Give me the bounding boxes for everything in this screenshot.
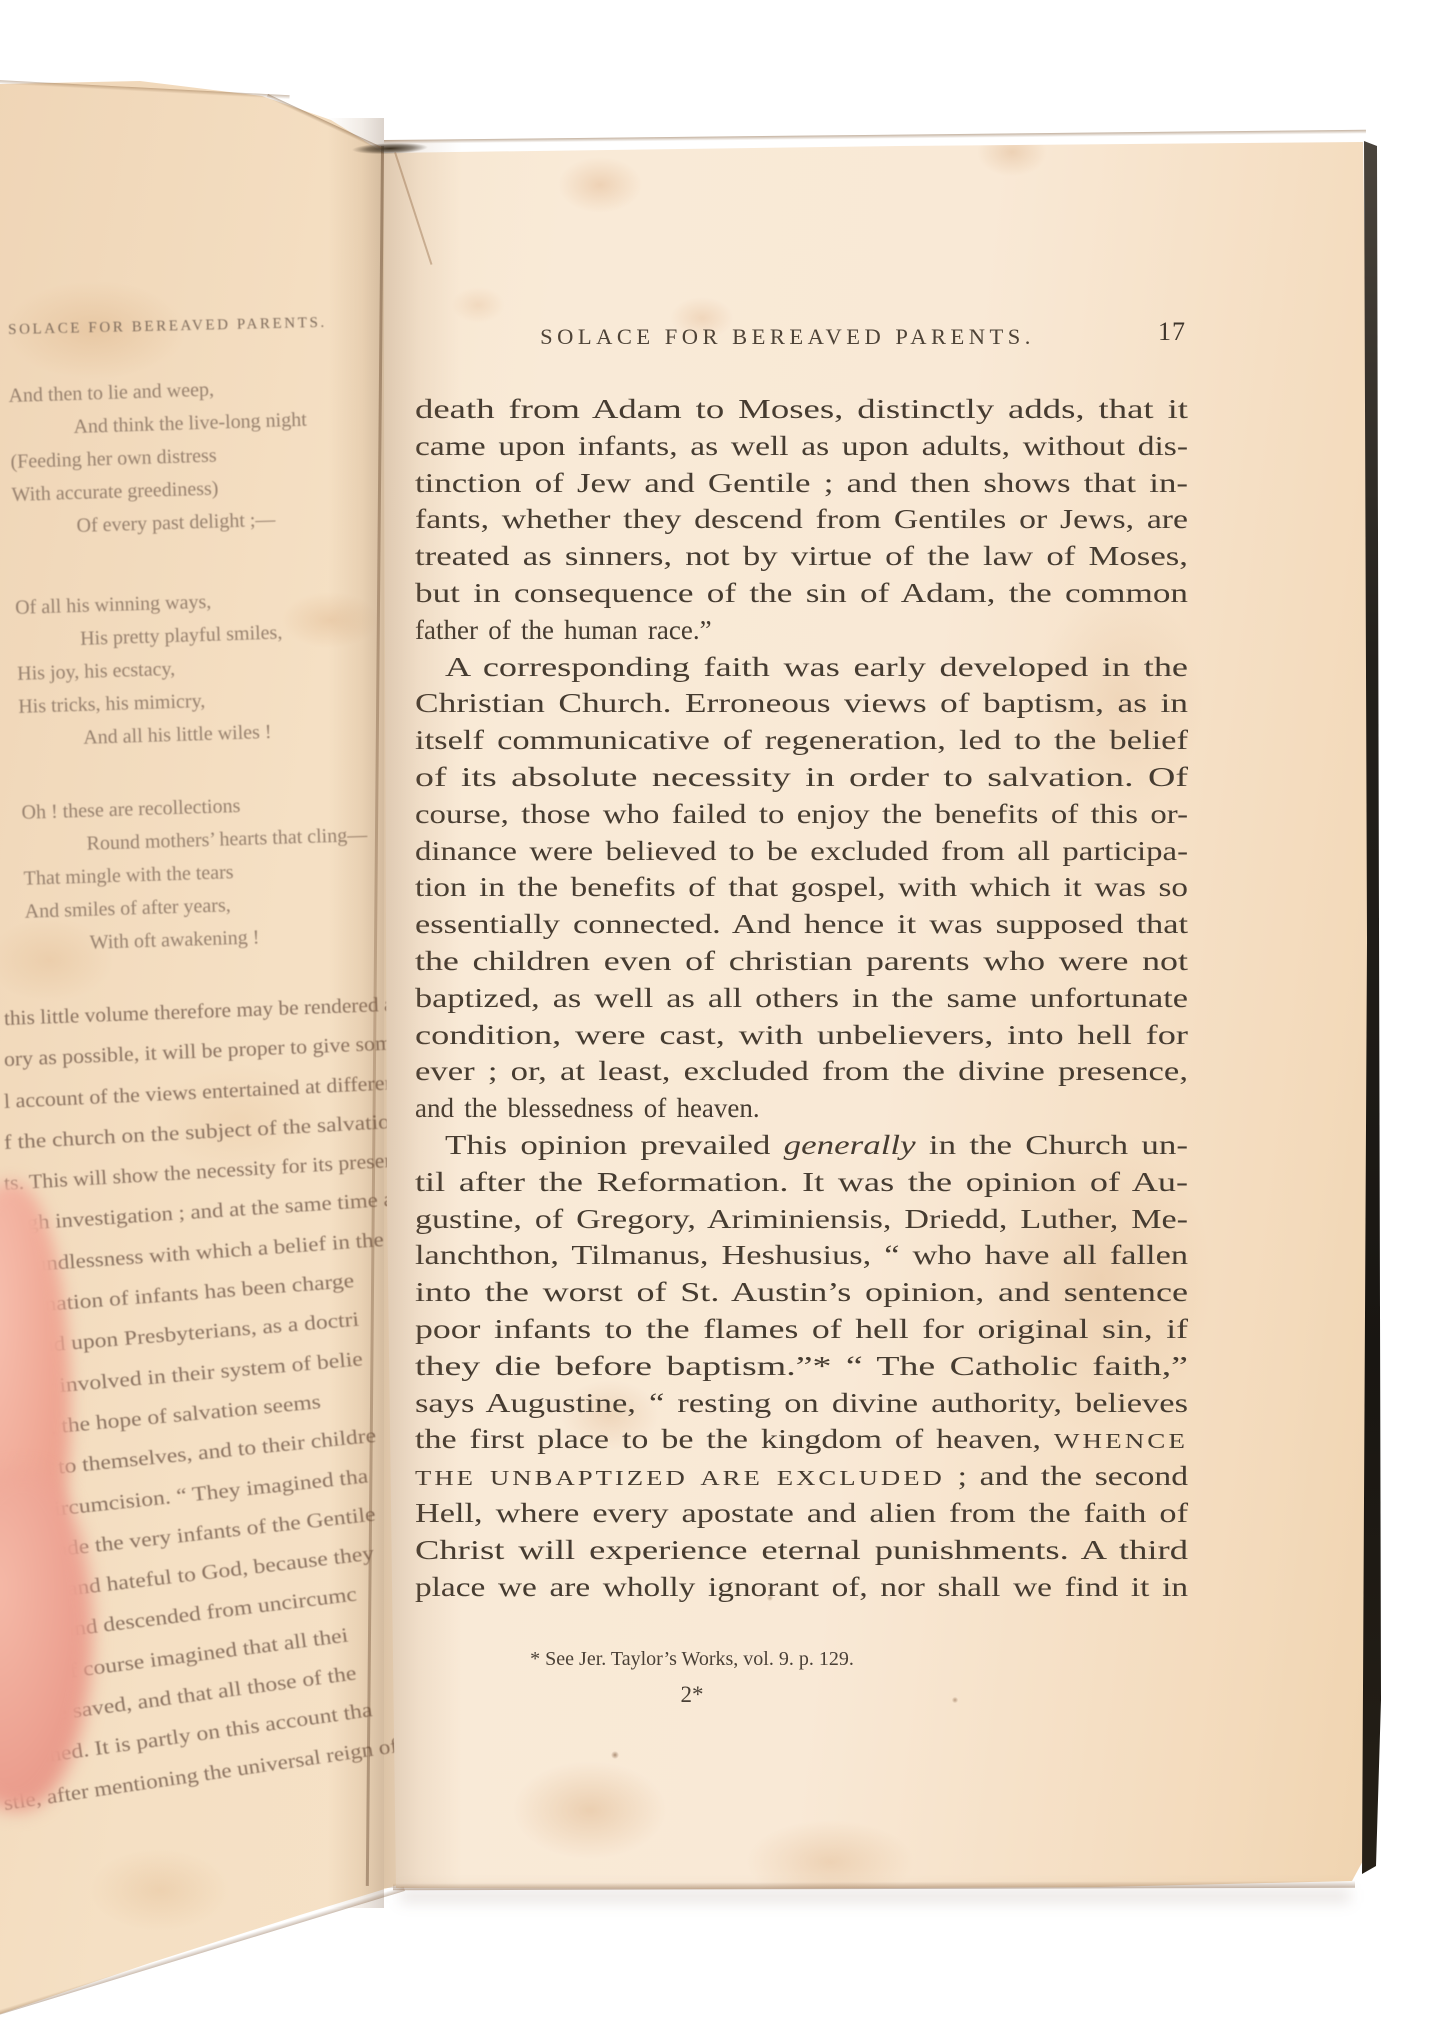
body-line: lanchthon, Tilmanus, Heshusius, “ who ha… <box>415 1237 1188 1274</box>
poem-stanza: Of all his winning ways, His pretty play… <box>15 581 365 757</box>
body-line: gustine, of Gregory, Ariminiensis, Dried… <box>415 1201 1188 1238</box>
body-line: fants, whether they descend from Gentile… <box>415 501 1188 538</box>
body-line: essentially connected. And hence it was … <box>415 906 1188 943</box>
body-line: poor infants to the flames of hell for o… <box>415 1311 1188 1348</box>
body-line: came upon infants, as well as upon adult… <box>415 428 1188 465</box>
body-line: they die before baptism.”* “ The Catholi… <box>415 1348 1188 1385</box>
body-line: into the worst of St. Austin’s opinion, … <box>415 1274 1188 1311</box>
body-line: Hell, where every apostate and alien fro… <box>415 1495 1188 1532</box>
body-line: baptized, as well as all others in the s… <box>415 980 1188 1017</box>
poem: And then to lie and weep, And think the … <box>8 369 371 962</box>
body-line: father of the human race.” <box>415 612 1188 649</box>
book-photo: SOLACE FOR BEREAVED PARENTS. And then to… <box>0 0 1445 2023</box>
left-running-header: SOLACE FOR BEREAVED PARENTS. <box>8 315 327 339</box>
footnote: * See Jer. Taylor’s Works, vol. 9. p. 12… <box>527 1648 857 1671</box>
body-line: place we are wholly ignorant of, nor sha… <box>415 1569 1188 1606</box>
body-line: the children even of christian parents w… <box>415 943 1188 980</box>
body-line: death from Adam to Moses, distinctly add… <box>415 391 1188 428</box>
small-caps-text: WHENCE <box>1054 1429 1188 1453</box>
gutter-shadow-right <box>384 140 462 1888</box>
body-line: itself communicative of regeneration, le… <box>415 722 1188 759</box>
body-line: A corresponding faith was early develope… <box>415 649 1188 686</box>
body-line: This opinion prevailed generally in the … <box>415 1127 1188 1164</box>
poem-stanza: And then to lie and weep, And think the … <box>8 369 358 545</box>
body-line: THE UNBAPTIZED ARE EXCLUDED ; and the se… <box>415 1458 1188 1495</box>
body-line: dinance were believed to be excluded fro… <box>415 833 1188 870</box>
body-line: says Augustine, “ resting on divine auth… <box>415 1385 1188 1422</box>
right-page-top-edge <box>384 130 1366 144</box>
body-line: ever ; or, at least, excluded from the d… <box>415 1053 1188 1090</box>
body-line: of its absolute necessity in order to sa… <box>415 759 1188 796</box>
small-caps-text: THE UNBAPTIZED ARE EXCLUDED <box>415 1466 945 1490</box>
right-running-header: SOLACE FOR BEREAVED PARENTS. <box>415 324 1160 350</box>
body-line: and the blessedness of heaven. <box>415 1090 1188 1127</box>
body-line: til after the Reformation. It was the op… <box>415 1164 1188 1201</box>
body-text: death from Adam to Moses, distinctly add… <box>415 391 1188 1605</box>
body-line: the first place to be the kingdom of hea… <box>415 1421 1188 1458</box>
italic-word: generally <box>784 1130 916 1160</box>
bottom-edge-shadow <box>400 1889 1350 1903</box>
body-line: course, those who failed to enjoy the be… <box>415 796 1188 833</box>
page-number: 17 <box>1158 317 1186 347</box>
body-line: treated as sinners, not by virtue of the… <box>415 538 1188 575</box>
body-line: but in consequence of the sin of Adam, t… <box>415 575 1188 612</box>
signature-mark: 2* <box>527 1682 857 1708</box>
body-line: Christian Church. Erroneous views of bap… <box>415 685 1188 722</box>
body-line: Christ will experience eternal punishmen… <box>415 1532 1188 1569</box>
body-line: tion in the benefits of that gospel, wit… <box>415 869 1188 906</box>
poem-stanza: Oh ! these are recollections Round mothe… <box>21 786 371 962</box>
body-line: condition, were cast, with unbelievers, … <box>415 1017 1188 1054</box>
body-line: tinction of Jew and Gentile ; and then s… <box>415 465 1188 502</box>
